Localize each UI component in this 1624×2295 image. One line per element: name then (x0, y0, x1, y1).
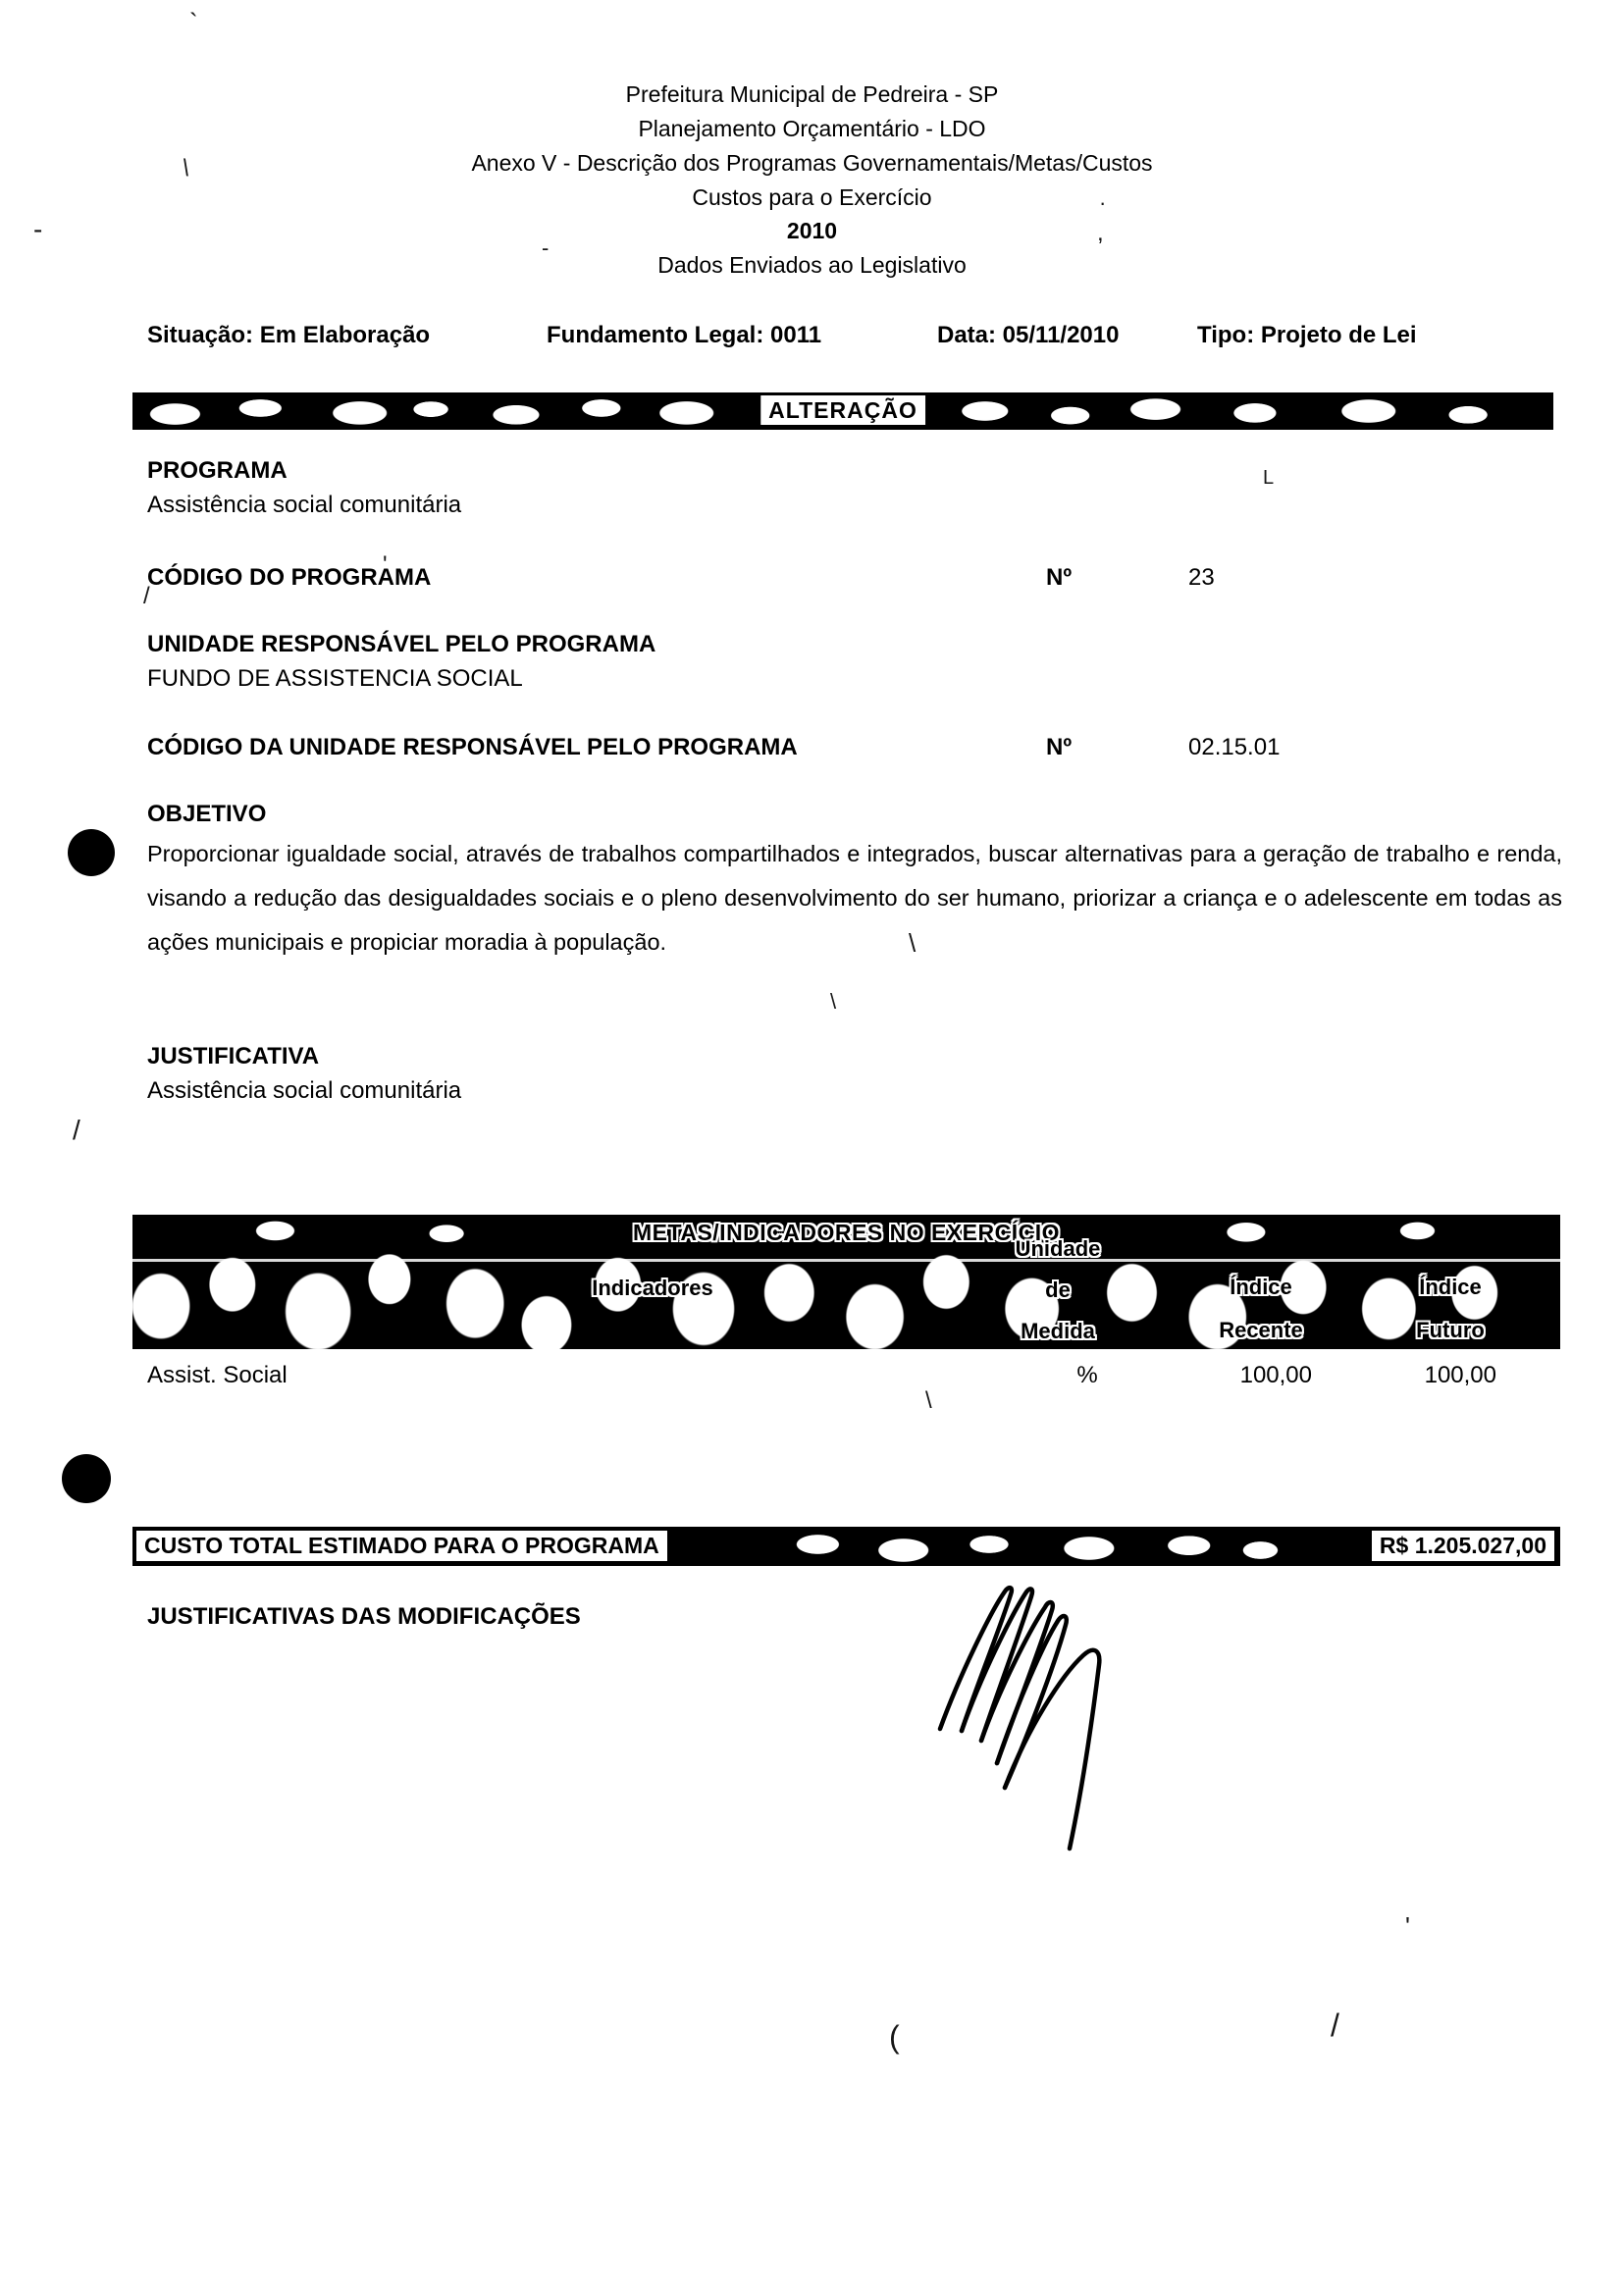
signature-scribble (934, 1582, 1111, 1856)
alteracao-banner: ALTERAÇÃO (132, 392, 1553, 430)
codigo-programa-numero: Nº (1046, 564, 1072, 592)
doc-header-line: Custos para o Exercício (0, 183, 1624, 211)
doc-header-line: Anexo V - Descrição dos Programas Govern… (0, 149, 1624, 177)
codigo-programa-label: CÓDIGO DO PROGRAMA (147, 564, 431, 592)
codigo-unidade-label: CÓDIGO DA UNIDADE RESPONSÁVEL PELO PROGR… (147, 734, 798, 761)
doc-header-line: Planejamento Orçamentário - LDO (0, 115, 1624, 142)
hole-punch-top (68, 829, 115, 876)
scan-speck: / (1331, 2008, 1339, 2044)
scan-speck: L (1263, 467, 1274, 490)
doc-header-line: Dados Enviados ao Legislativo (0, 251, 1624, 279)
scan-speck: ' (383, 551, 388, 579)
scan-speck: ' (1405, 1911, 1410, 1942)
justificativas-modificacoes-label: JUSTIFICATIVAS DAS MODIFICAÇÕES (147, 1603, 581, 1631)
scan-speck: , (1097, 220, 1104, 247)
scan-speck: ` (189, 8, 198, 38)
metas-cell-indice-futuro: 100,00 (1398, 1362, 1496, 1389)
scan-speck: \ (925, 1387, 932, 1415)
scan-speck: · (1099, 190, 1106, 216)
status-situacao: Situação: Em Elaboração (147, 322, 430, 349)
status-fundamento: Fundamento Legal: 0011 (547, 322, 821, 349)
doc-header-year: 2010 (0, 217, 1624, 244)
hole-punch-bottom (62, 1454, 111, 1503)
alteracao-banner-label: ALTERAÇÃO (760, 395, 925, 425)
status-tipo: Tipo: Projeto de Lei (1197, 322, 1417, 349)
metas-cell-unidade: % (1058, 1362, 1117, 1389)
justificativa-label: JUSTIFICATIVA (147, 1043, 319, 1070)
metas-table-title: METAS/INDICADORES NO EXERCÍCIO (132, 1220, 1560, 1246)
scan-speck: / (73, 1115, 80, 1146)
metas-cell-indicador: Assist. Social (147, 1362, 288, 1389)
programa-label: PROGRAMA (147, 457, 288, 485)
metas-col-indice-recente: Índice Recente (1187, 1266, 1335, 1352)
status-data: Data: 05/11/2010 (937, 322, 1119, 349)
codigo-unidade-value: 02.15.01 (1188, 734, 1280, 761)
scan-speck: / (143, 583, 150, 610)
objetivo-text: Proporcionar igualdade social, através d… (147, 832, 1562, 965)
scan-speck: \ (830, 989, 836, 1015)
metas-col-indicadores: Indicadores (569, 1276, 736, 1301)
metas-col-indice-futuro: Índice Futuro (1377, 1266, 1524, 1352)
codigo-programa-value: 23 (1188, 564, 1215, 592)
custo-total-banner: CUSTO TOTAL ESTIMADO PARA O PROGRAMA R$ … (132, 1527, 1560, 1566)
scan-speck: \ (182, 155, 191, 183)
custo-total-value: R$ 1.205.027,00 (1372, 1531, 1554, 1561)
scan-speck: - (33, 214, 42, 245)
scanned-document-page: Prefeitura Municipal de Pedreira - SP Pl… (0, 0, 1624, 2295)
programa-value: Assistência social comunitária (147, 492, 461, 519)
objetivo-label: OBJETIVO (147, 801, 266, 828)
justificativa-value: Assistência social comunitária (147, 1077, 461, 1105)
scan-speck: - (542, 235, 549, 261)
scan-speck: ( (889, 2019, 900, 2056)
doc-header-line: Prefeitura Municipal de Pedreira - SP (0, 80, 1624, 108)
codigo-unidade-numero: Nº (1046, 734, 1072, 761)
custo-total-label: CUSTO TOTAL ESTIMADO PARA O PROGRAMA (136, 1531, 667, 1561)
metas-table-header: METAS/INDICADORES NO EXERCÍCIO Indicador… (132, 1215, 1560, 1349)
unidade-label: UNIDADE RESPONSÁVEL PELO PROGRAMA (147, 631, 655, 658)
metas-col-unidade-medida: Unidade de Medida (984, 1228, 1131, 1352)
scan-speck: \ (909, 928, 916, 959)
unidade-value: FUNDO DE ASSISTENCIA SOCIAL (147, 665, 523, 693)
metas-cell-indice-recente: 100,00 (1214, 1362, 1312, 1389)
